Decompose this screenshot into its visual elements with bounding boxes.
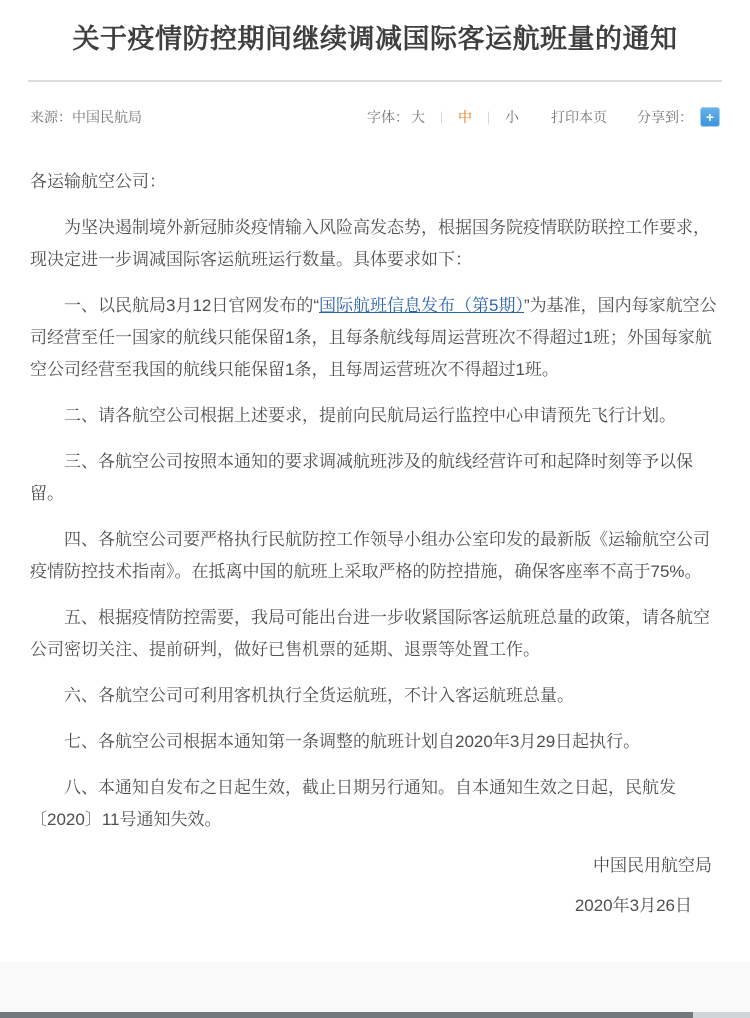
share-button[interactable]: + <box>700 107 720 127</box>
notice-item-4: 四、各航空公司要严格执行民航防控工作领导小组办公室印发的最新版《运输航空公司疫情… <box>30 524 720 588</box>
signature-org: 中国民用航空局 <box>0 850 750 882</box>
notice-item-3: 三、各航空公司按照本通知的要求调减航班涉及的航线经营许可和起降时刻等予以保留。 <box>30 446 720 510</box>
meta-toolbar: 来源：中国民航局 字体： 大 ｜ 中 ｜ 小 打印本页 分享到： + <box>30 106 720 128</box>
share-label: 分享到： <box>637 107 693 127</box>
divider <box>28 80 722 82</box>
intro-paragraph: 为坚决遏制境外新冠肺炎疫情输入风险高发态势，根据国务院疫情联防联控工作要求，现决… <box>30 212 720 276</box>
notice-body: 各运输航空公司： 为坚决遏制境外新冠肺炎疫情输入风险高发态势，根据国务院疫情联防… <box>30 166 720 836</box>
salutation: 各运输航空公司： <box>30 166 720 198</box>
separator: ｜ <box>435 108 448 127</box>
font-size-small[interactable]: 小 <box>503 107 521 127</box>
plus-icon: + <box>706 109 714 125</box>
notice-item-8: 八、本通知自发布之日起生效，截止日期另行通知。自本通知生效之日起，民航发〔202… <box>30 772 720 836</box>
signature-block: 中国民用航空局 2020年3月26日 <box>0 850 750 922</box>
scrollbar-thumb[interactable] <box>0 1012 693 1018</box>
font-size-label: 字体： <box>367 107 409 127</box>
source-label: 来源：中国民航局 <box>30 107 142 127</box>
notice-item-1: 一、以民航局3月12日官网发布的“国际航班信息发布（第5期）”为基准，国内每家航… <box>30 290 720 386</box>
notice-item-7: 七、各航空公司根据本通知第一条调整的航班计划自2020年3月29日起执行。 <box>30 726 720 758</box>
print-page-button[interactable]: 打印本页 <box>551 107 607 127</box>
notice-item-6: 六、各航空公司可利用客机执行全货运航班，不计入客运航班总量。 <box>30 680 720 712</box>
font-size-large[interactable]: 大 <box>409 107 427 127</box>
signature-date: 2020年3月26日 <box>0 890 750 922</box>
horizontal-scrollbar[interactable] <box>0 1012 750 1018</box>
notice-page: 关于疫情防控期间继续调减国际客运航班量的通知 来源：中国民航局 字体： 大 ｜ … <box>0 0 750 1018</box>
notice-item-2: 二、请各航空公司根据上述要求，提前向民航局运行监控中心申请预先飞行计划。 <box>30 400 720 432</box>
font-size-medium[interactable]: 中 <box>456 107 474 127</box>
item-1-prefix: 一、以民航局3月12日官网发布的“ <box>64 296 319 315</box>
page-title: 关于疫情防控期间继续调减国际客运航班量的通知 <box>30 22 720 56</box>
flight-info-bulletin-link[interactable]: 国际航班信息发布（第5期） <box>319 296 524 315</box>
notice-item-5: 五、根据疫情防控需要，我局可能出台进一步收紧国际客运航班总量的政策，请各航空公司… <box>30 602 720 666</box>
separator: ｜ <box>482 108 495 127</box>
bottom-shade <box>0 962 750 1012</box>
font-size-control: 字体： 大 ｜ 中 ｜ 小 <box>367 107 521 127</box>
